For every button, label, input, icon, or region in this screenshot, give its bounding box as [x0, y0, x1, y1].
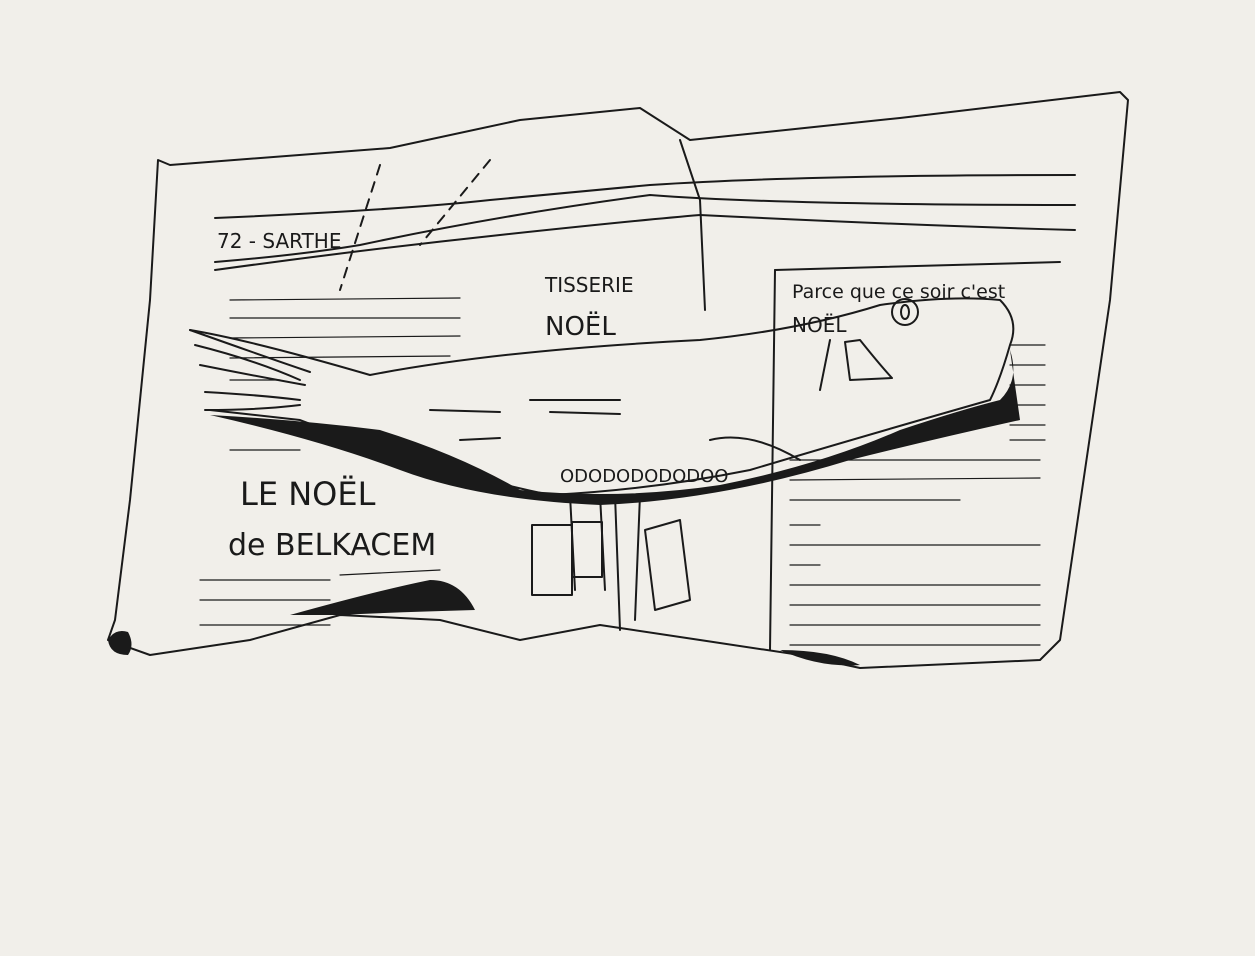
main-headline-1: LE NOËL: [240, 475, 376, 513]
center-headline-2: NOËL: [545, 310, 616, 342]
ink-shadow-lower: [290, 580, 475, 615]
main-headline-2: de BELKACEM: [228, 528, 436, 563]
drawing-paper: 72 - SARTHE TISSERIE NOËL Parce que ce s…: [0, 0, 1255, 956]
right-column-line-2: NOËL: [792, 313, 847, 337]
right-column-line-1: Parce que ce soir c'est: [792, 281, 1005, 303]
newspaper-fish-drawing: 72 - SARTHE TISSERIE NOËL Parce que ce s…: [0, 0, 1255, 956]
fish-scales: ODODODODODOO: [560, 466, 728, 487]
center-headline-1: TISSERIE: [544, 273, 634, 297]
header-left-text: 72 - SARTHE: [217, 229, 341, 253]
